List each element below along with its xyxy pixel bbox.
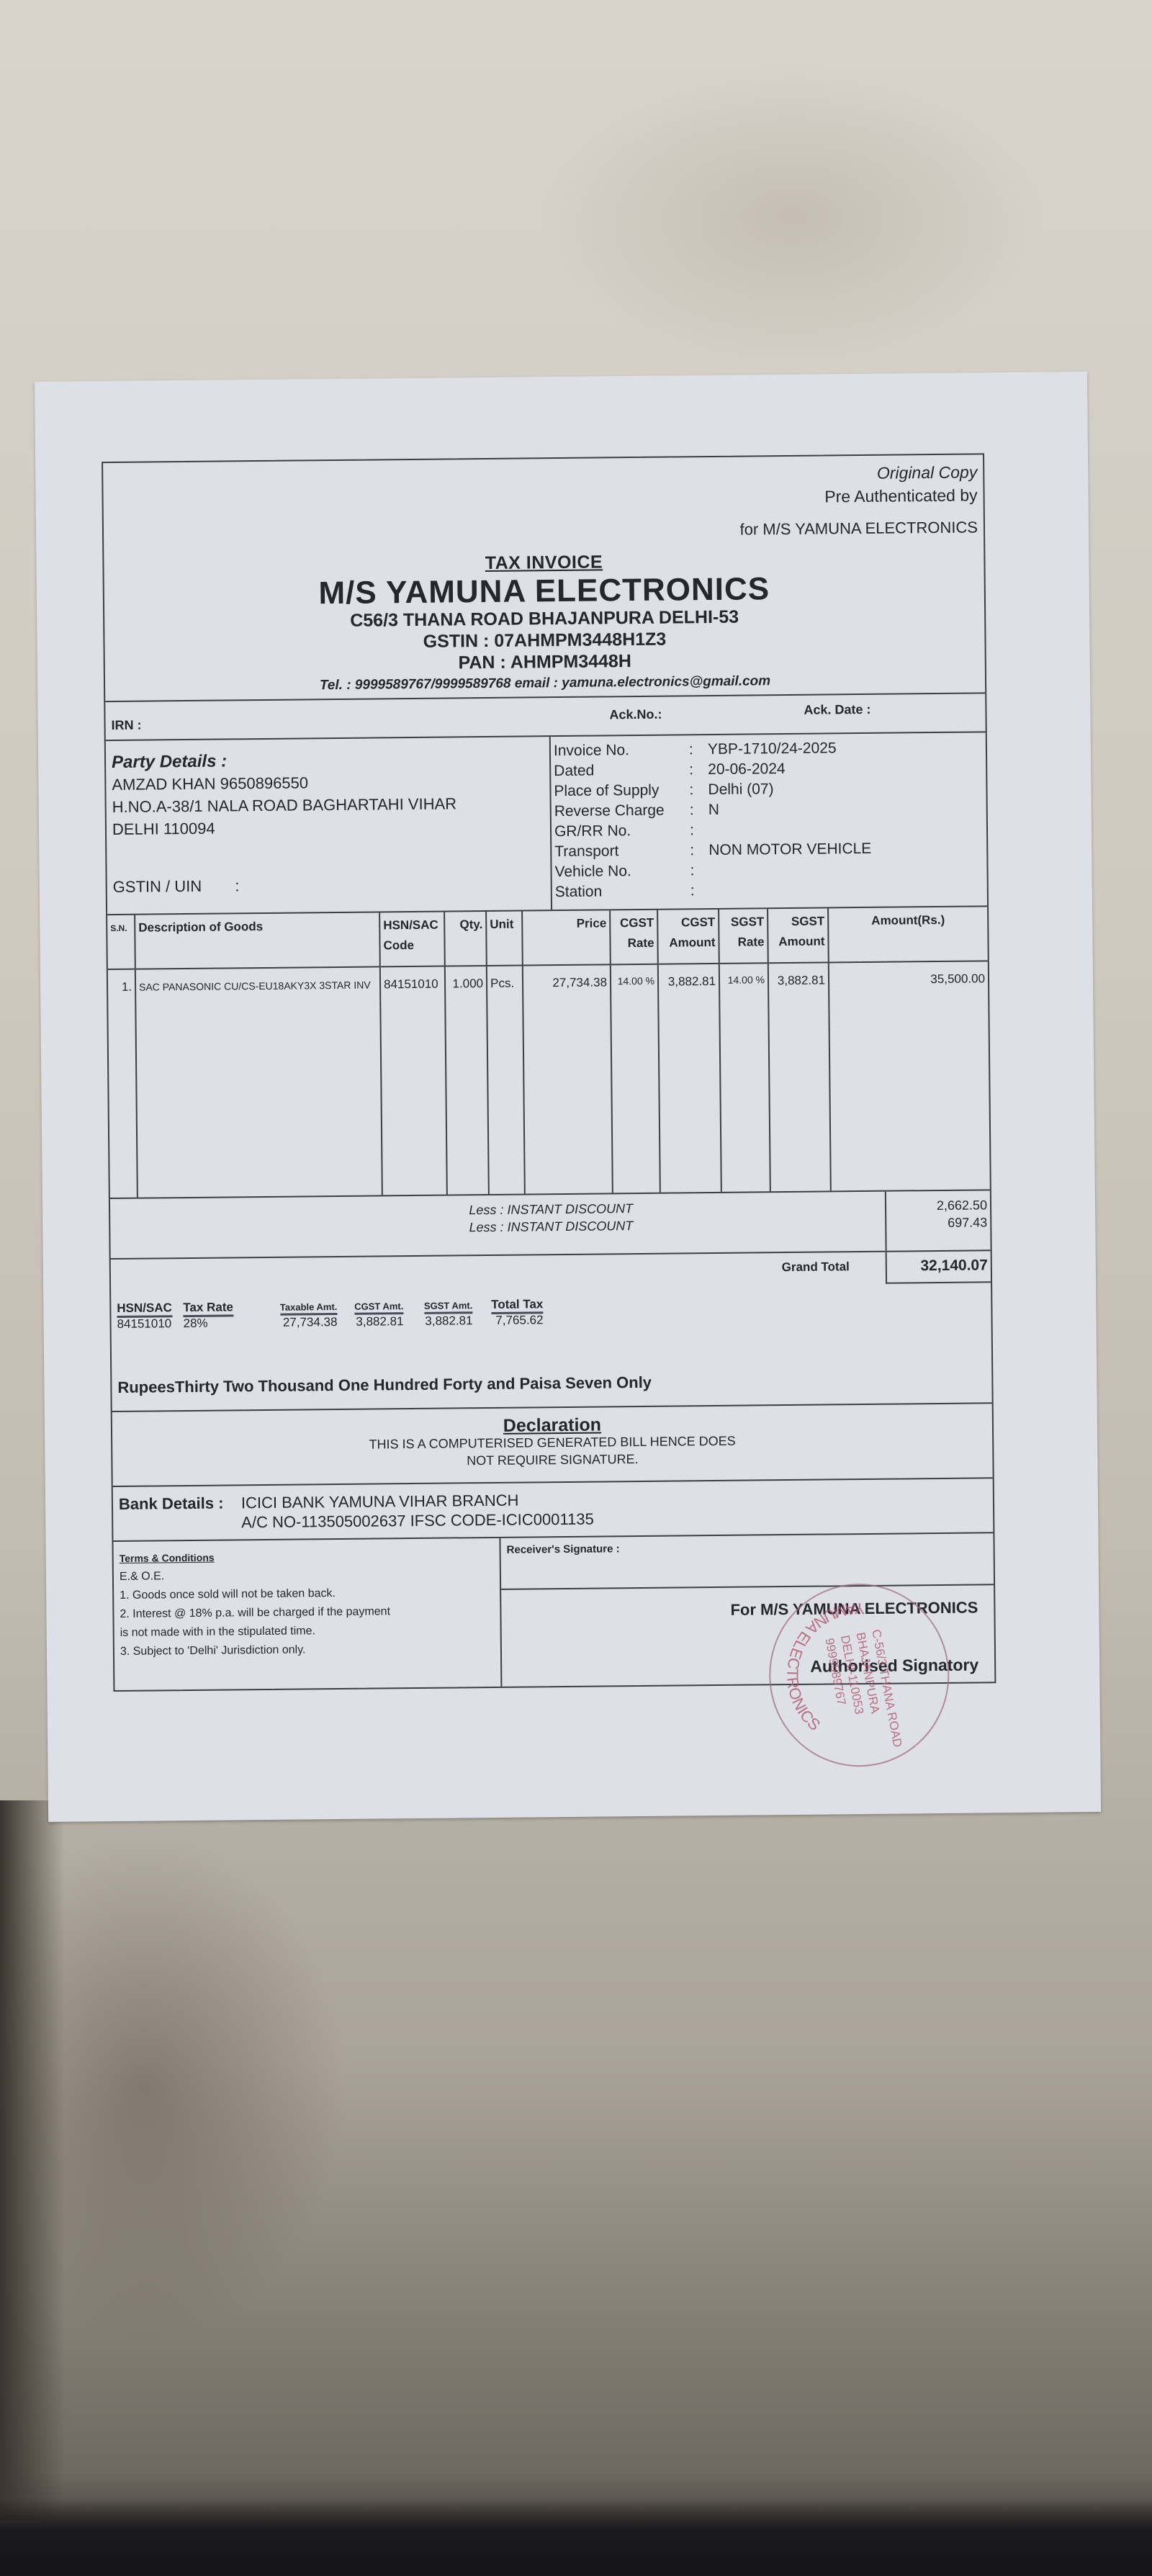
invoice-paper: Original Copy Pre Authenticated by for M… [35, 372, 1101, 1822]
ack-no-label: Ack.No.: [609, 707, 662, 723]
meta-label: GR/RR No. [554, 820, 690, 842]
table-cell: 27,734.38 [523, 964, 613, 1193]
meta-value: N [708, 800, 719, 820]
party-section: Party Details : AMZAD KHAN 9650896550 H.… [106, 732, 987, 915]
for-company-signature: For M/S YAMUNA ELECTRONICS [730, 1599, 978, 1620]
table-cell: 1. [108, 969, 138, 1198]
meta-label: Transport [554, 840, 690, 862]
table-cell: SAC PANASONIC CU/CS-EU18AKY3X 3STAR INV [135, 966, 382, 1197]
table-cell: 35,500.00 [829, 961, 990, 1190]
column-header: SGST Amount [768, 908, 829, 963]
column-header: HSN/SAC Code [379, 912, 445, 967]
meta-label: Place of Supply [554, 780, 689, 802]
bank-account: A/C NO-113505002637 IFSC CODE-ICIC000113… [241, 1509, 594, 1532]
invoice-header: Original Copy Pre Authenticated by for M… [103, 454, 985, 702]
hsn-summary: HSN/SAC Tax Rate Taxable Amt. CGST Amt. … [111, 1283, 991, 1373]
table-cell: 3,882.81 [768, 962, 831, 1191]
footer: Terms & Conditions E.& O.E.1. Goods once… [113, 1533, 994, 1690]
bank-label: Bank Details : [119, 1493, 242, 1540]
party-address-2: DELHI 110094 [112, 814, 544, 840]
column-header: Price [522, 910, 611, 965]
column-header: Unit [486, 912, 523, 966]
invoice-meta: Invoice No.:YBP-1710/24-2025Dated:20-06-… [551, 732, 987, 910]
meta-label: Reverse Charge [554, 800, 690, 822]
invoice-meta-row: Station: [555, 878, 987, 902]
table-row: 1.SAC PANASONIC CU/CS-EU18AKY3X 3STAR IN… [108, 961, 990, 1198]
terms-and-conditions: Terms & Conditions E.& O.E.1. Goods once… [113, 1538, 502, 1690]
column-header: SGST Rate [719, 909, 768, 964]
ack-date-label: Ack. Date : [804, 702, 870, 718]
meta-value: YBP-1710/24-2025 [708, 738, 837, 760]
column-header: CGST Rate [610, 910, 658, 965]
table-cell: 14.00 % [719, 963, 770, 1192]
grand-total-value: 32,140.07 [886, 1251, 991, 1283]
meta-label: Invoice No. [554, 740, 689, 761]
declaration: Declaration THIS IS A COMPUTERISED GENER… [112, 1404, 993, 1487]
background-shadow [0, 1800, 65, 2521]
table-cell: 14.00 % [611, 964, 660, 1193]
meta-value: 20-06-2024 [708, 759, 786, 780]
column-header: Amount(Rs.) [828, 907, 988, 962]
meta-value: Delhi (07) [708, 779, 773, 800]
table-cell: 84151010 [380, 966, 447, 1195]
discount-value-1: 2,662.50 [886, 1196, 987, 1214]
party-gstin-label: GSTIN / UIN [113, 877, 202, 896]
items-table: S.N.Description of GoodsHSN/SAC CodeQty.… [107, 907, 990, 1198]
irn-label: IRN : [111, 718, 141, 733]
column-header: CGST Amount [657, 910, 719, 964]
column-header: Qty. [444, 912, 487, 966]
bank-details: Bank Details : ICICI BANK YAMUNA VIHAR B… [113, 1478, 994, 1542]
meta-value: NON MOTOR VEHICLE [708, 839, 871, 861]
invoice-frame: Original Copy Pre Authenticated by for M… [102, 453, 996, 1692]
authorised-signatory: Authorised Signatory [810, 1655, 978, 1676]
svg-text:C-56/3 THANA ROAD: C-56/3 THANA ROAD [869, 1628, 904, 1749]
meta-label: Station [555, 881, 690, 902]
terms-line: 3. Subject to 'Delhi' Jurisdiction only. [120, 1639, 495, 1661]
column-header: S.N. [107, 915, 135, 969]
for-company-label: for M/S YAMUNA ELECTRONICS [739, 518, 978, 539]
table-cell: 1.000 [445, 966, 489, 1195]
pre-authenticated-label: Pre Authenticated by [824, 483, 978, 508]
tax-invoice: Original Copy Pre Authenticated by for M… [102, 453, 996, 1692]
table-cell: 3,882.81 [658, 964, 721, 1193]
column-header: Description of Goods [135, 912, 380, 969]
discount-value-2: 697.43 [886, 1213, 987, 1231]
items-header-row: S.N.Description of GoodsHSN/SAC CodeQty.… [107, 907, 988, 969]
meta-label: Dated [554, 760, 689, 781]
meta-label: Vehicle No. [554, 861, 690, 882]
receiver-signature: Receiver's Signature : [500, 1533, 994, 1590]
copy-label: Original Copy [824, 460, 978, 485]
authorised-signatory-box: For M/S YAMUNA ELECTRONICS Authorised Si… [501, 1585, 994, 1687]
background-dark-object [0, 2499, 1152, 2576]
table-cell: Pcs. [487, 966, 525, 1194]
party-details: Party Details : AMZAD KHAN 9650896550 H.… [106, 737, 552, 914]
discount-section: Less : INSTANT DISCOUNT Less : INSTANT D… [110, 1189, 991, 1260]
